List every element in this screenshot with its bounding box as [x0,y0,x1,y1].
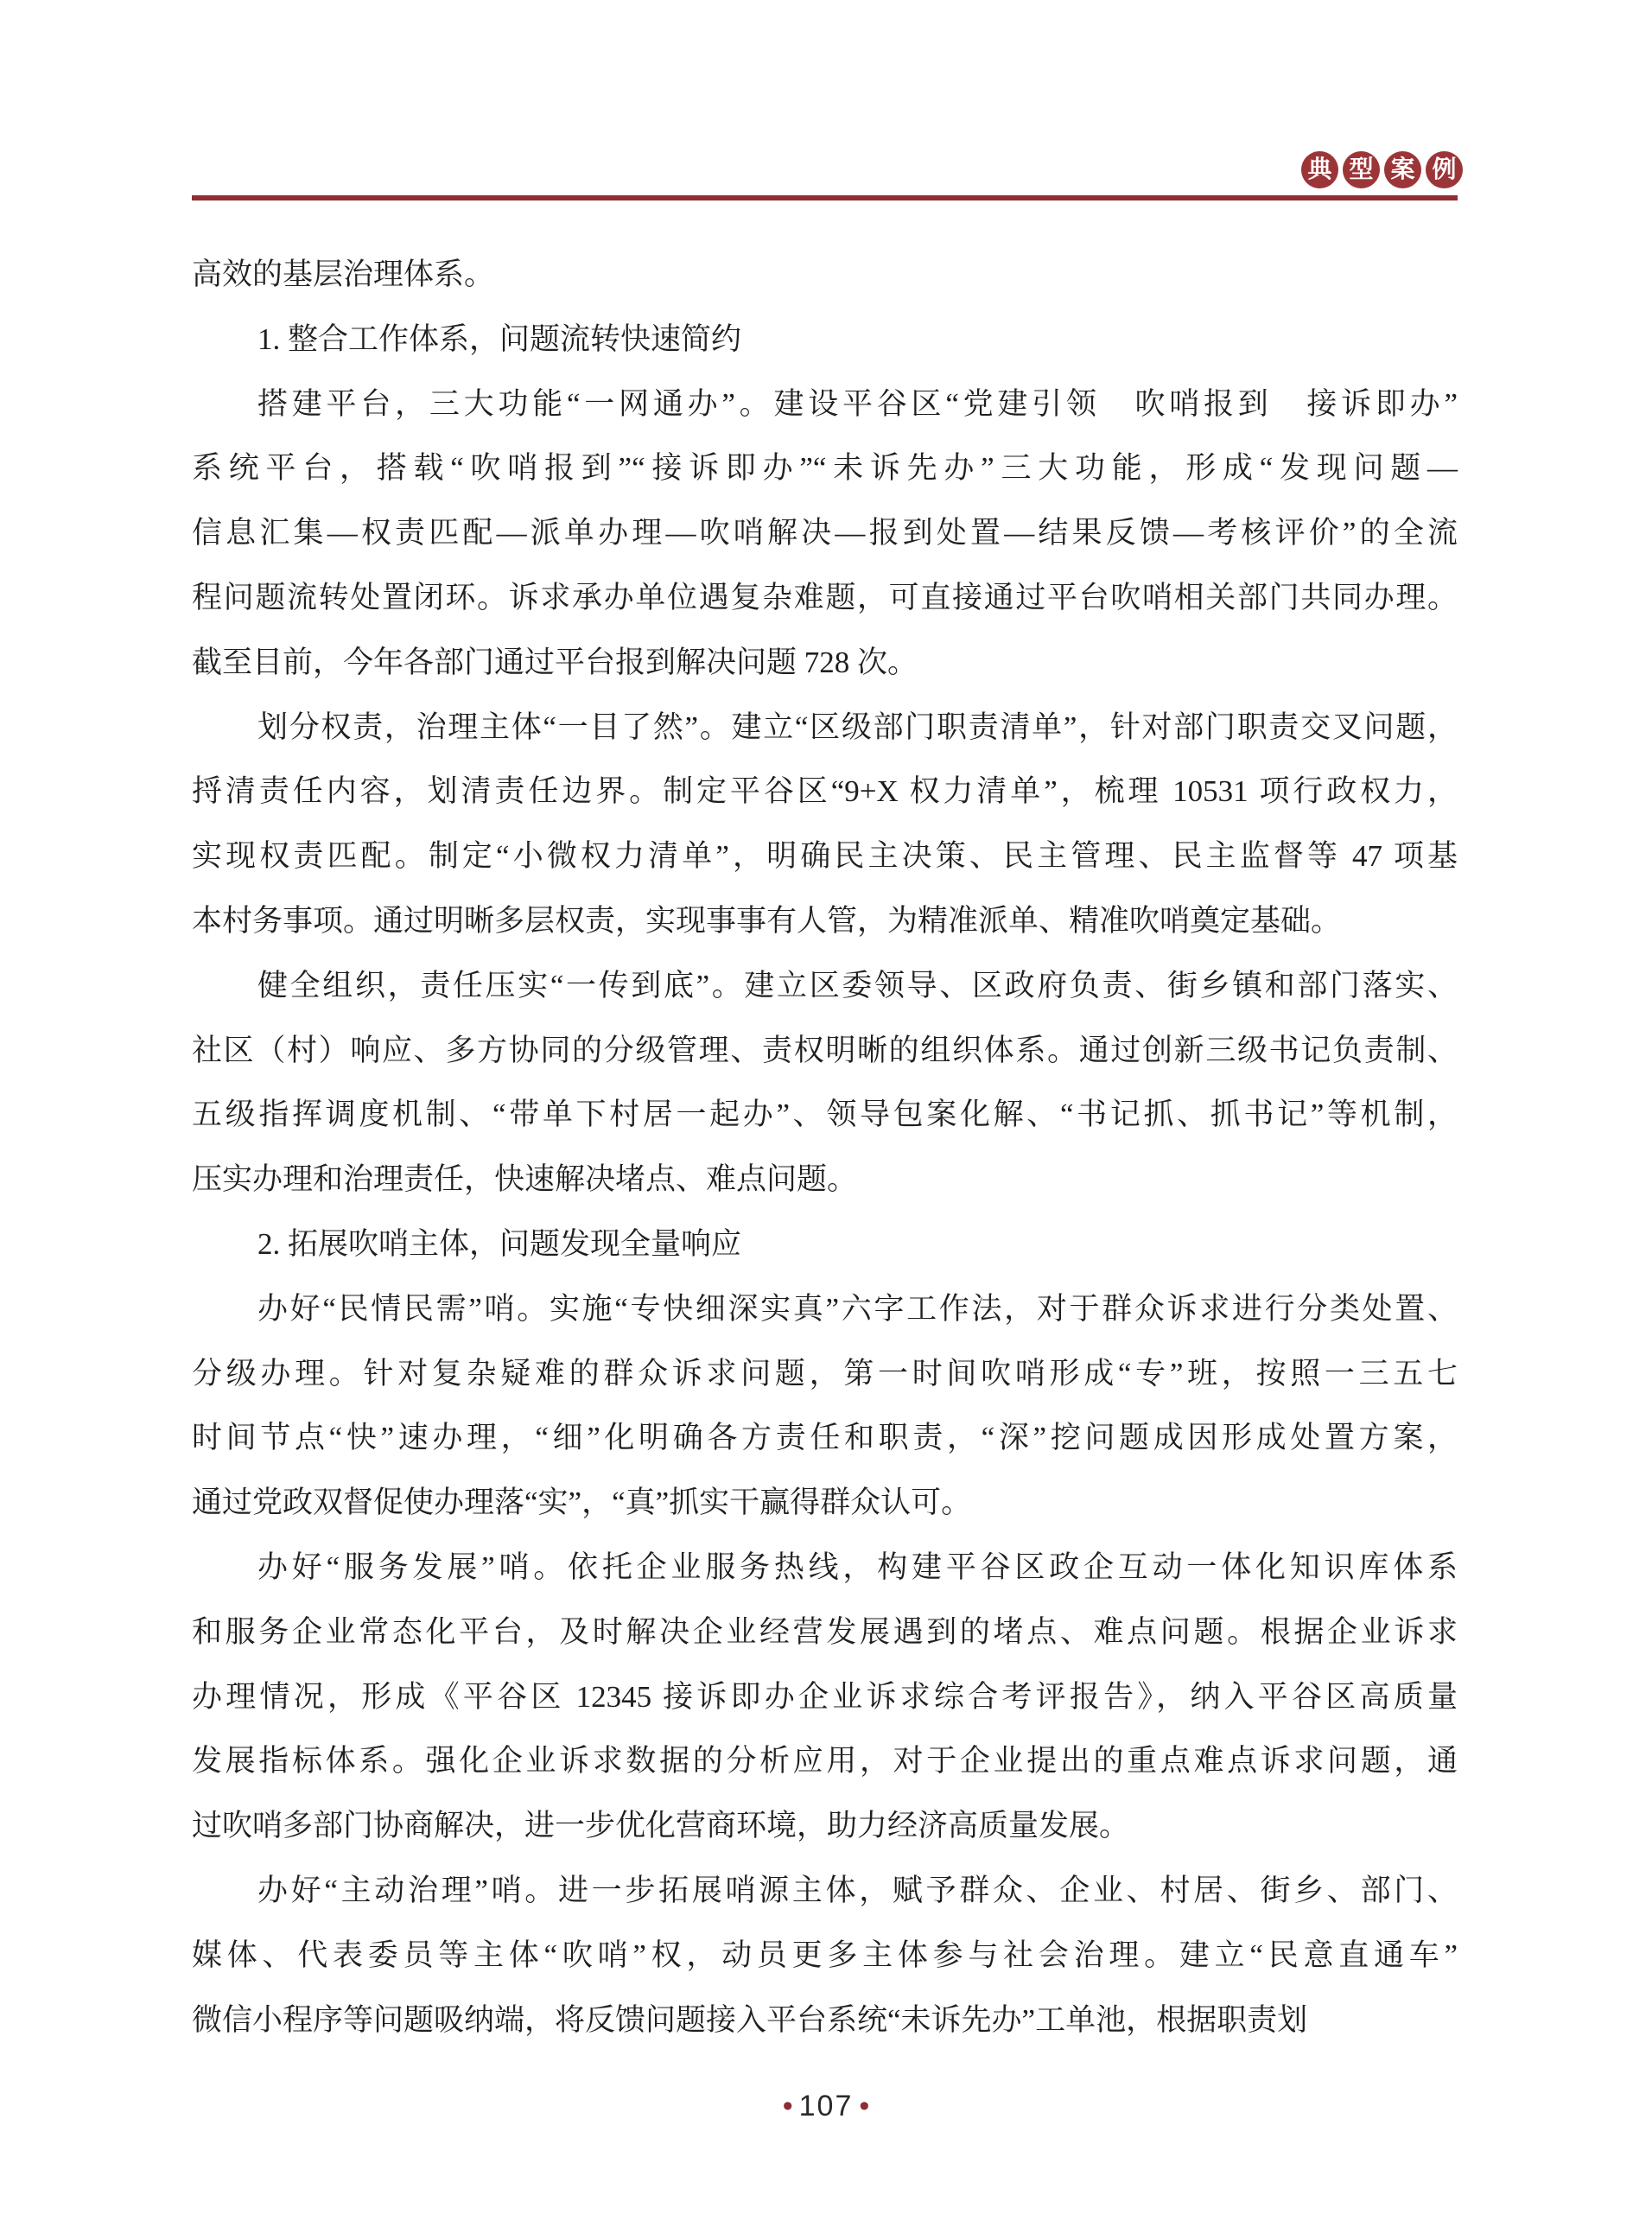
body-line: 五级指挥调度机制、“带单下村居一起办”、领导包案化解、“书记抓、抓书记”等机制， [192,1083,1458,1148]
body-line: 健全组织，责任压实“一传到底”。建立区委领导、区政府负责、街乡镇和部门落实、 [192,954,1458,1019]
body-line: 媒体、代表委员等主体“吹哨”权，动员更多主体参与社会治理。建立“民意直通车” [192,1924,1458,1989]
body-line: 办理情况，形成《平谷区 12345 接诉即办企业诉求综合考评报告》，纳入平谷区高… [192,1665,1458,1730]
body-line: 发展指标体系。强化企业诉求数据的分析应用，对于企业提出的重点难点诉求问题，通 [192,1729,1458,1794]
header-badge: 案 [1384,151,1421,188]
footer-dot: • [859,2091,869,2121]
page-number: 107 [799,2091,854,2121]
body-text: 高效的基层治理体系。1. 整合工作体系，问题流转快速简约搭建平台，三大功能“一网… [192,243,1458,2052]
body-line: 和服务企业常态化平台，及时解决企业经营发展遇到的堵点、难点问题。根据企业诉求 [192,1600,1458,1665]
body-line: 信息汇集—权责匹配—派单办理—吹哨解决—报到处置—结果反馈—考核评价”的全流 [192,501,1458,566]
page-footer: • 107 • [0,2083,1652,2129]
header-rule [192,195,1458,200]
body-line: 系统平台，搭载“吹哨报到”“接诉即办”“未诉先办”三大功能，形成“发现问题— [192,436,1458,501]
body-line: 截至目前，今年各部门通过平台报到解决问题 728 次。 [192,631,1458,696]
footer-dot: • [783,2091,793,2121]
body-line: 通过党政双督促使办理落“实”，“真”抓实干赢得群众认可。 [192,1471,1458,1536]
body-line: 程问题流转处置闭环。诉求承办单位遇复杂难题，可直接通过平台吹哨相关部门共同办理。 [192,566,1458,631]
body-line: 本村务事项。通过明晰多层权责，实现事事有人管，为精准派单、精准吹哨奠定基础。 [192,889,1458,954]
header-badge: 典 [1301,151,1338,188]
body-line: 1. 整合工作体系，问题流转快速简约 [192,308,1458,372]
body-line: 捋清责任内容，划清责任边界。制定平谷区“9+X 权力清单”，梳理 10531 项… [192,760,1458,824]
body-line: 办好“服务发展”哨。依托企业服务热线，构建平谷区政企互动一体化知识库体系 [192,1536,1458,1600]
header-badge: 型 [1343,151,1380,188]
body-line: 微信小程序等问题吸纳端，将反馈问题接入平台系统“未诉先办”工单池，根据职责划 [192,1989,1458,2053]
body-line: 划分权责，治理主体“一目了然”。建立“区级部门职责清单”，针对部门职责交叉问题， [192,696,1458,760]
header-badge: 例 [1426,151,1463,188]
body-line: 高效的基层治理体系。 [192,243,1458,308]
body-line: 社区（村）响应、多方协同的分级管理、责权明晰的组织体系。通过创新三级书记负责制、 [192,1019,1458,1084]
body-line: 压实办理和治理责任，快速解决堵点、难点问题。 [192,1148,1458,1212]
body-line: 办好“民情民需”哨。实施“专快细深实真”六字工作法，对于群众诉求进行分类处置、 [192,1277,1458,1342]
body-line: 实现权责匹配。制定“小微权力清单”，明确民主决策、民主管理、民主监督等 47 项… [192,824,1458,889]
body-line: 时间节点“快”速办理，“细”化明确各方责任和职责，“深”挖问题成因形成处置方案， [192,1406,1458,1471]
body-line: 搭建平台，三大功能“一网通办”。建设平谷区“党建引领 吹哨报到 接诉即办” [192,372,1458,437]
body-line: 2. 拓展吹哨主体，问题发现全量响应 [192,1212,1458,1277]
page-header: 典 型 案 例 [1301,151,1463,188]
document-page: 典 型 案 例 高效的基层治理体系。1. 整合工作体系，问题流转快速简约搭建平台… [0,0,1652,2240]
body-line: 过吹哨多部门协商解决，进一步优化营商环境，助力经济高质量发展。 [192,1794,1458,1859]
body-line: 办好“主动治理”哨。进一步拓展哨源主体，赋予群众、企业、村居、街乡、部门、 [192,1859,1458,1924]
body-line: 分级办理。针对复杂疑难的群众诉求问题，第一时间吹哨形成“专”班，按照一三五七 [192,1342,1458,1407]
